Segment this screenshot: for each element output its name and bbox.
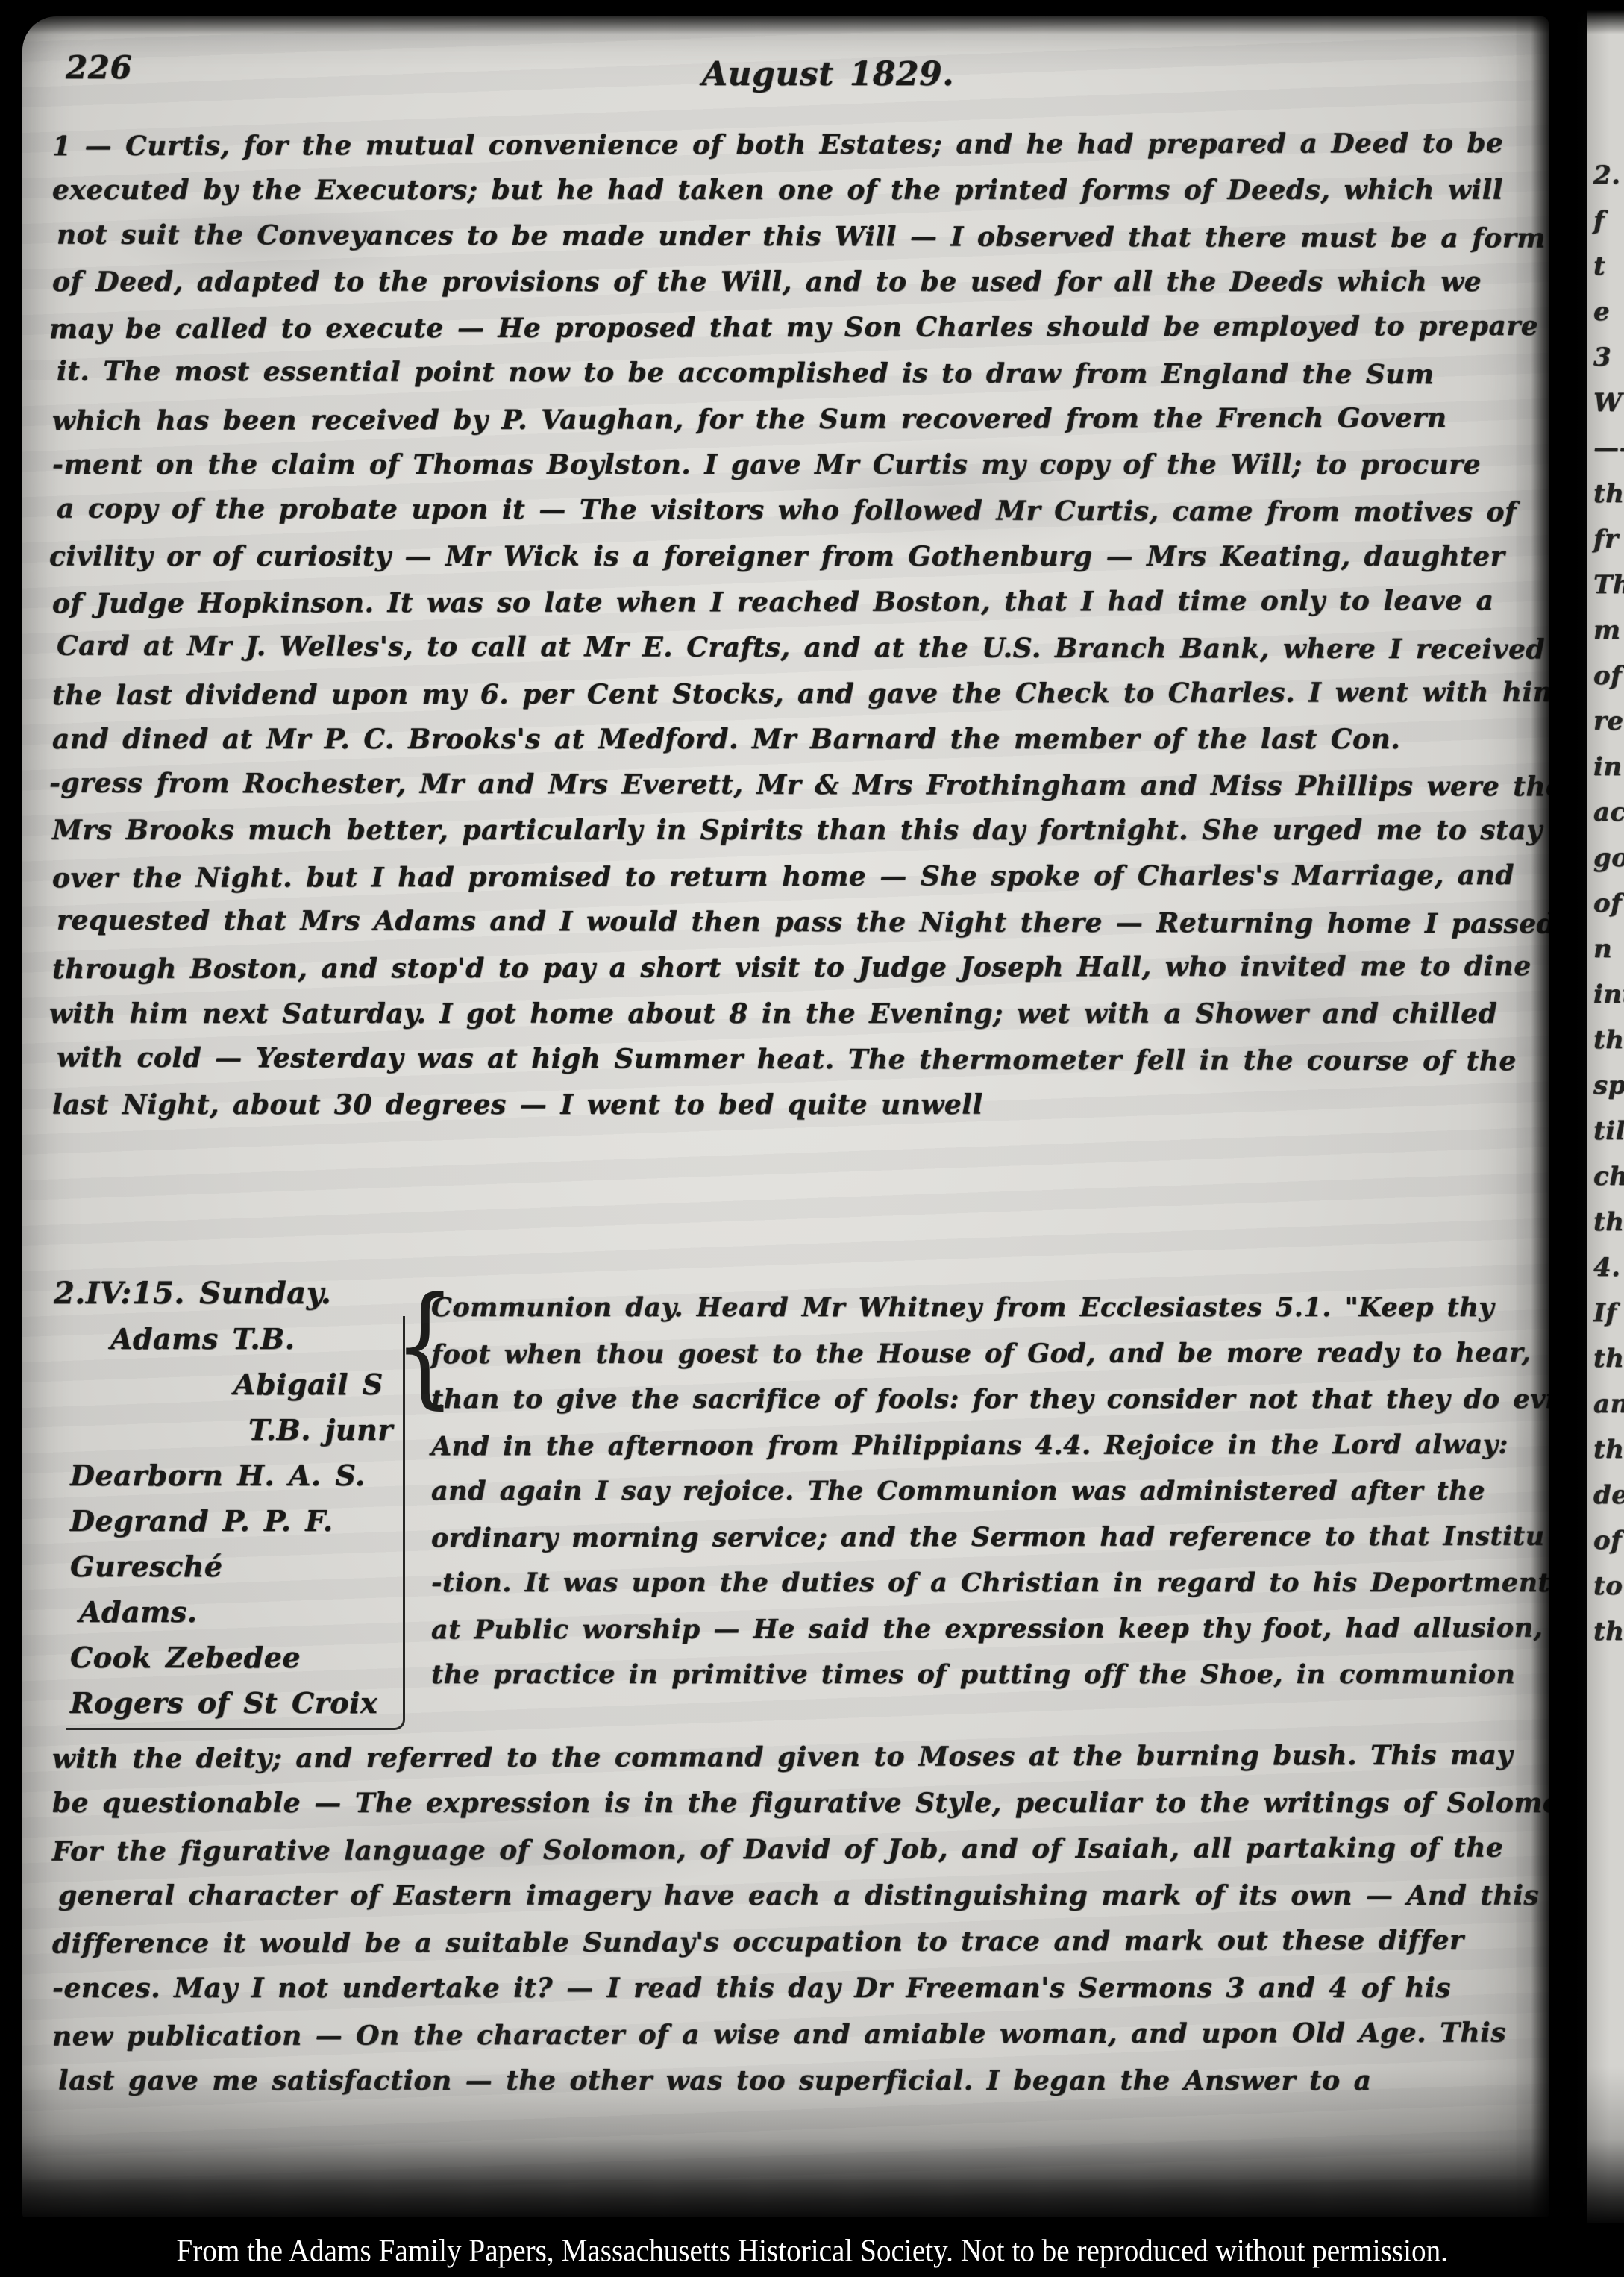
manuscript-line: may be called to execute — He proposed t… [49,304,1537,352]
facing-page-text-fragment: till [1587,1109,1624,1154]
entry-sunday-column-text: Communion day. Heard Mr Whitney from Ecc… [431,1285,1528,1698]
manuscript-line: And in the afternoon from Philippians 4.… [431,1421,1528,1469]
facing-page-text-fragment: an [1587,1382,1624,1427]
manuscript-line: Mrs Brooks much better, particularly in … [52,808,1537,854]
facing-page-text-fragment: th [1587,1609,1624,1655]
manuscript-line: through Boston, and stop'd to pay a shor… [52,944,1537,992]
attendee-name: Dearborn H. A. S. [66,1453,403,1498]
facing-page-text-fragment: W [1587,380,1624,426]
facing-page-text-fragment: sp [1587,1063,1624,1109]
attendee-list: Adams T.B.Abigail ST.B. junrDearborn H. … [66,1316,405,1730]
facing-page-text-fragment: 4. [1587,1245,1624,1291]
facing-page-text-fragment: th [1587,1018,1624,1063]
manuscript-line: -ment on the claim of Thomas Boylston. I… [52,442,1537,488]
manuscript-line: -gress from Rochester, Mr and Mrs Everet… [49,761,1537,810]
caption-bar: From the Adams Family Papers, Massachuse… [0,2223,1624,2277]
manuscript-line: with the deity; and referred to the comm… [52,1732,1540,1782]
facing-page-text-fragment: re [1587,699,1624,745]
facing-page-text-fragment: ac [1587,790,1624,836]
manuscript-line: last gave me satisfaction — the other wa… [58,2058,1540,2104]
manuscript-line: which has been received by P. Vaughan, f… [52,395,1537,444]
manuscript-line: over the Night. but I had promised to re… [52,853,1537,901]
facing-page-text-fragment: in [1587,745,1624,790]
attendee-name: Cook Zebedee [66,1635,403,1680]
manuscript-line: last Night, about 30 degrees — I went to… [52,1083,1537,1128]
facing-page-text-fragment: tha [1587,1200,1624,1245]
facing-page-text-fragment: e [1587,289,1624,335]
facing-page-text-fragment: m [1587,608,1624,654]
facing-page-text-fragment: th [1587,1336,1624,1382]
facing-page-text-fragment: ——— [1587,426,1624,472]
manuscript-line: it. The most essential point now to be a… [57,349,1537,398]
manuscript-line: not suit the Conveyances to be made unde… [57,212,1537,261]
manuscript-scan: 226 August 1829. 1 — Curtis, for the mut… [0,0,1624,2277]
manuscript-line: of Judge Hopkinson. It was so late when … [52,578,1537,627]
facing-page-text-fragment: to [1587,1564,1624,1609]
binding-gutter [1531,0,1593,2226]
page-number: 226 [66,49,132,86]
attendee-name: Abigail S [66,1362,403,1407]
manuscript-line: new publication — On the character of a … [52,2009,1540,2059]
manuscript-line: general character of Eastern imagery hav… [58,1873,1540,1919]
manuscript-line: requested that Mrs Adams and I would the… [57,898,1537,948]
entry-sunday-continuation: with the deity; and referred to the comm… [52,1734,1540,2104]
date-heading: August 1829. [507,55,1149,93]
facing-page-text-fragment: of [1587,881,1624,927]
manuscript-line: and again I say rejoice. The Communion w… [431,1468,1528,1515]
attendee-name: Adams. [66,1589,403,1635]
diary-page: 226 August 1829. 1 — Curtis, for the mut… [22,16,1549,2217]
facing-page-text-fragment: 3 [1587,335,1624,380]
facing-page-text-fragment: If [1587,1291,1624,1336]
manuscript-line: be questionable — The expression is in t… [52,1780,1540,1826]
facing-page-text-fragment: int [1587,972,1624,1018]
manuscript-line: the last dividend upon my 6. per Cent St… [52,669,1537,718]
facing-page-text-fragment: n [1587,927,1624,972]
facing-page-text-fragment: th [1587,472,1624,517]
manuscript-line: civility or of curiosity — Mr Wick is a … [49,534,1537,580]
attendee-name: Guresché [66,1544,403,1589]
facing-page-edge: 2.fte3W———thfrThmofreinacgoofnintthsptil… [1587,0,1624,2226]
attendee-name: Degrand P. P. F. [66,1498,403,1544]
manuscript-line: -ences. May I not undertake it? — I read… [52,1965,1540,2011]
manuscript-line: of Deed, adapted to the provisions of th… [52,260,1537,305]
manuscript-line: 1 — Curtis, for the mutual convenience o… [52,121,1537,169]
facing-page-text-fragment: go [1587,836,1624,881]
manuscript-line: with cold — Yesterday was at high Summer… [57,1036,1537,1085]
facing-page-text-fragment: of [1587,1518,1624,1564]
attendee-name: Adams T.B. [66,1316,403,1362]
entry-heading-sunday: 2.IV:15. Sunday. [54,1276,331,1311]
attendee-name: Rogers of St Croix [66,1680,403,1726]
manuscript-line: ordinary morning service; and the Sermon… [431,1513,1528,1561]
manuscript-line: a copy of the probate upon it — The visi… [57,486,1537,536]
facing-page-text-fragment: the [1587,1427,1624,1473]
manuscript-line: and dined at Mr P. C. Brooks's at Medfor… [52,717,1537,762]
manuscript-line: with him next Saturday. I got home about… [49,992,1537,1037]
manuscript-line: the practice in primitive times of putti… [431,1652,1528,1698]
manuscript-line: Communion day. Heard Mr Whitney from Ecc… [431,1285,1528,1331]
manuscript-line: executed by the Executors; but he had ta… [52,168,1537,213]
manuscript-line: -tion. It was upon the duties of a Chris… [431,1560,1528,1606]
manuscript-line: at Public worship — He said the expressi… [431,1605,1528,1653]
entry-august-1: 1 — Curtis, for the mutual convenience o… [52,122,1537,1129]
facing-page-text-fragment: cha [1587,1154,1624,1200]
facing-page-text-fragment: of [1587,654,1624,699]
facing-page-text-fragment: Th [1587,563,1624,608]
manuscript-line: Card at Mr J. Welles's, to call at Mr E.… [57,624,1537,673]
manuscript-line: difference it would be a suitable Sunday… [52,1917,1540,1967]
facing-page-text-fragment: f [1587,198,1624,244]
manuscript-line: than to give the sacrifice of fools: for… [431,1376,1528,1423]
facing-page-text-fragment: t [1587,244,1624,289]
manuscript-line: For the figurative language of Solomon, … [52,1824,1540,1874]
caption-text: From the Adams Family Papers, Massachuse… [176,2231,1448,2268]
facing-page-text-fragment: fr [1587,517,1624,563]
manuscript-line: foot when thou goest to the House of God… [431,1329,1528,1377]
facing-page-text-fragment: de [1587,1473,1624,1518]
facing-page-text-fragment: 2. [1587,153,1624,198]
attendee-name: T.B. junr [66,1407,403,1453]
